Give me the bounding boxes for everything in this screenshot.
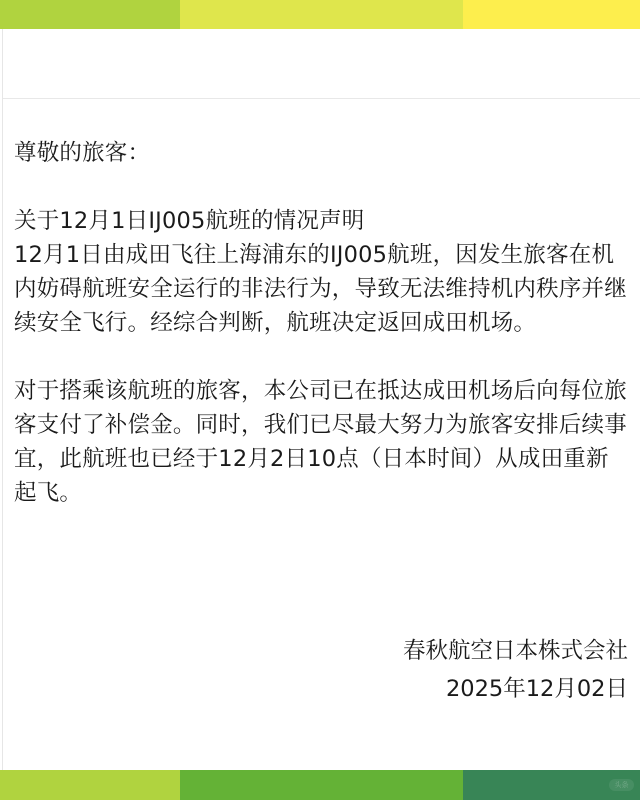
top-stripe-segment-3 — [463, 0, 640, 29]
top-stripe-segment-2 — [180, 0, 463, 29]
signature-block: 春秋航空日本株式会社 2025年12月02日 — [403, 632, 628, 708]
paragraph-incident: 12月1日由成田飞往上海浦东的IJ005航班，因发生旅客在机内妨碍航班安全运行的… — [14, 238, 630, 340]
bottom-stripe-segment-2 — [180, 770, 463, 800]
signature-date: 2025年12月02日 — [403, 670, 628, 708]
header-divider — [3, 98, 640, 99]
left-border — [2, 29, 3, 770]
bottom-color-stripe: 头条 — [0, 770, 640, 800]
top-color-stripe — [0, 0, 640, 29]
top-stripe-segment-1 — [0, 0, 180, 29]
statement-title: 关于12月1日IJ005航班的情况声明 — [14, 204, 630, 238]
paragraph-compensation: 对于搭乘该航班的旅客，本公司已在抵达成田机场后向每位旅客支付了补偿金。同时，我们… — [14, 374, 630, 510]
bottom-stripe-segment-1 — [0, 770, 180, 800]
salutation: 尊敬的旅客： — [14, 136, 630, 170]
watermark-badge: 头条 — [609, 779, 634, 791]
bottom-stripe-segment-3: 头条 — [463, 770, 640, 800]
letter-body: 尊敬的旅客： 关于12月1日IJ005航班的情况声明 12月1日由成田飞往上海浦… — [14, 136, 630, 510]
signature-company: 春秋航空日本株式会社 — [403, 632, 628, 670]
